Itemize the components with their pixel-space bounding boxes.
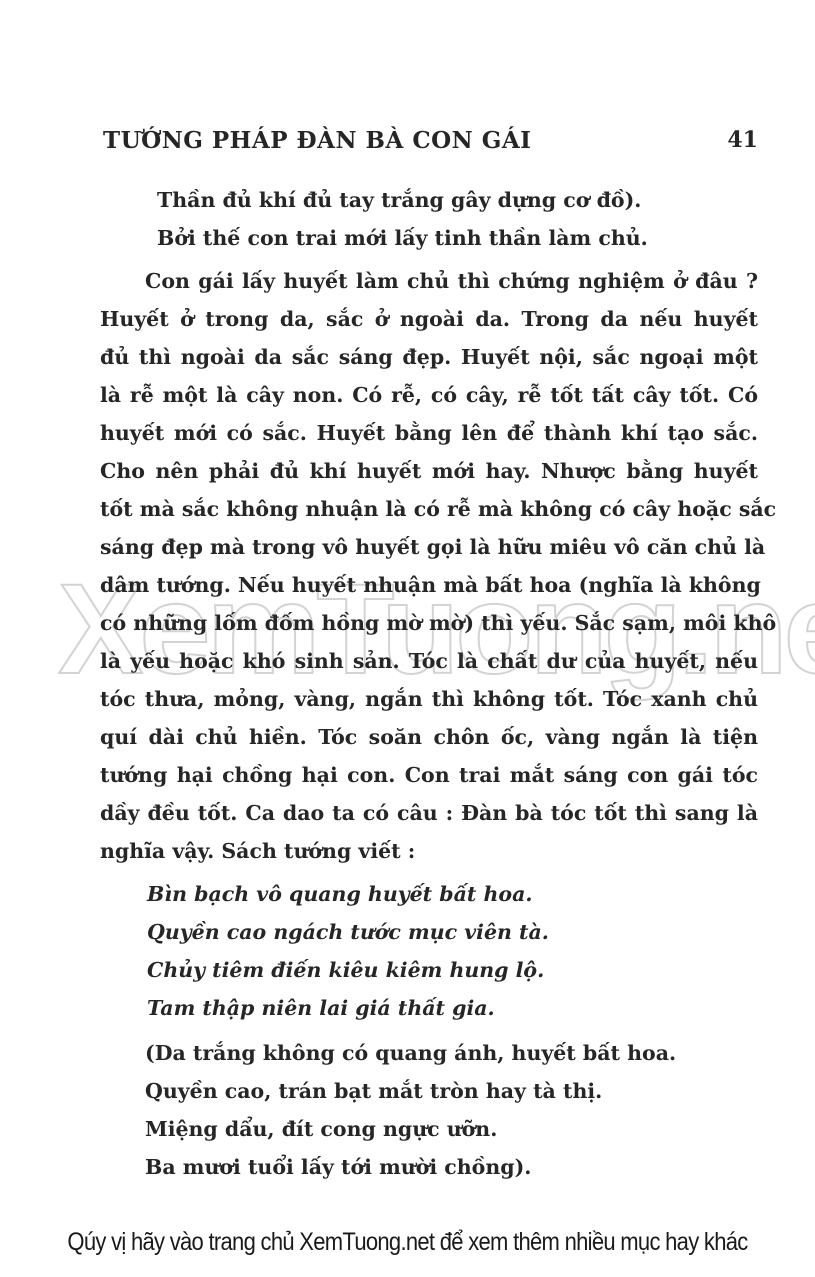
translation-line: Ba mươi tuổi lấy tới mười chồng).	[145, 1155, 531, 1179]
text-line: tóc thưa, mỏng, vàng, ngắn thì không tốt…	[100, 687, 758, 711]
text-line: là yếu hoặc khó sinh sản. Tóc là chất dư…	[100, 649, 758, 673]
translation-line: (Da trắng không có quang ánh, huyết bất …	[145, 1041, 676, 1065]
page-number: 41	[727, 127, 758, 153]
text-line: tốt mà sắc không nhuận là có rễ mà không…	[100, 497, 758, 521]
verse-line: Chủy tiêm điến kiêu kiêm hung lộ.	[147, 958, 544, 982]
text-line: Con gái lấy huyết làm chủ thì chứng nghi…	[145, 269, 758, 293]
translation-line: Quyền cao, trán bạt mắt tròn hay tà thị.	[145, 1079, 602, 1103]
verse-line: Tam thập niên lai giá thất gia.	[147, 996, 495, 1020]
text-line: huyết mới có sắc. Huyết bằng lên để thàn…	[100, 421, 758, 445]
text-line: dầy đều tốt. Ca dao ta có câu : Đàn bà t…	[100, 801, 758, 825]
text-line: đủ thì ngoài da sắc sáng đẹp. Huyết nội,…	[100, 345, 758, 369]
text-line: quí dài chủ hiền. Tóc soăn chôn ốc, vàng…	[100, 725, 758, 749]
text-line: Cho nên phải đủ khí huyết mới hay. Nhược…	[100, 459, 758, 483]
verse-line: Quyền cao ngách tước mục viên tà.	[147, 920, 549, 944]
text-line: Thần đủ khí đủ tay trắng gây dựng cơ đồ)…	[157, 188, 641, 212]
text-line: sáng đẹp mà trong vô huyết gọi là hữu mi…	[100, 535, 758, 559]
chapter-title: TƯỚNG PHÁP ĐÀN BÀ CON GÁI	[103, 127, 531, 154]
text-line: có những lốm đốm hồng mờ mờ) thì yếu. Sắ…	[100, 611, 758, 635]
text-line: nghĩa vậy. Sách tướng viết :	[100, 839, 415, 863]
text-line: Bởi thế con trai mới lấy tinh thần làm c…	[157, 226, 648, 250]
verse-line: Bìn bạch vô quang huyết bất hoa.	[147, 882, 533, 906]
site-footer-banner: Qúy vị hãy vào trang chủ XemTuong.net để…	[49, 1228, 766, 1257]
text-line: tướng hại chồng hại con. Con trai mắt sá…	[100, 763, 758, 787]
text-line: Huyết ở trong da, sắc ở ngoài da. Trong …	[100, 307, 758, 331]
translation-line: Miệng dẩu, đít cong ngực ưỡn.	[145, 1117, 497, 1141]
book-page: XemTuong.net TƯỚNG PHÁP ĐÀN BÀ CON GÁI 4…	[0, 0, 815, 1277]
text-line: dâm tướng. Nếu huyết nhuận mà bất hoa (n…	[100, 573, 758, 597]
running-header: TƯỚNG PHÁP ĐÀN BÀ CON GÁI 41	[103, 122, 758, 158]
text-line: là rễ một là cây non. Có rễ, có cây, rễ …	[100, 383, 758, 407]
